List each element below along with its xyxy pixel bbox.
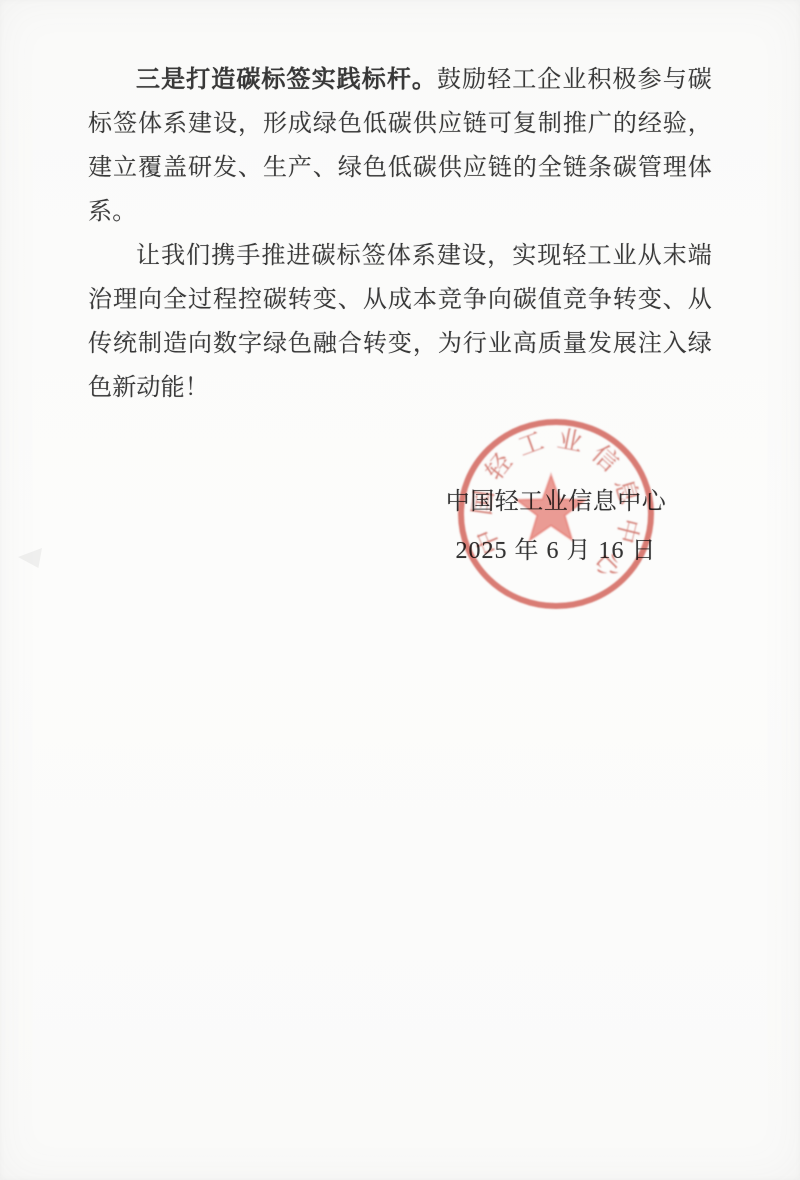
document-page: 三是打造碳标签实践标杆。鼓励轻工企业积极参与碳标签体系建设，形成绿色低碳供应链可… xyxy=(0,0,800,1180)
scan-artifact xyxy=(18,548,42,568)
paragraph-2: 让我们携手推进碳标签体系建设，实现轻工业从末端治理向全过程控碳转变、从成本竞争向… xyxy=(88,234,712,410)
seal-char: 业 xyxy=(555,426,585,457)
body-text: 三是打造碳标签实践标杆。鼓励轻工企业积极参与碳标签体系建设，形成绿色低碳供应链可… xyxy=(88,58,712,410)
signature-date: 2025 年 6 月 16 日 xyxy=(396,537,716,565)
signature-org-name: 中国轻工业信息中心 xyxy=(396,488,716,516)
seal-char: 轻 xyxy=(480,448,518,486)
paragraph-1-lead: 三是打造碳标签实践标杆。 xyxy=(136,67,437,93)
closing-block: 中国轻工业信息中心 2025 年 6 月 16 日 xyxy=(396,488,716,565)
seal-char: 信 xyxy=(586,440,623,478)
paragraph-1: 三是打造碳标签实践标杆。鼓励轻工企业积极参与碳标签体系建设，形成绿色低碳供应链可… xyxy=(88,58,712,234)
paragraph-2-body: 让我们携手推进碳标签体系建设，实现轻工业从末端治理向全过程控碳转变、从成本竞争向… xyxy=(88,243,712,401)
seal-char: 工 xyxy=(515,428,548,462)
